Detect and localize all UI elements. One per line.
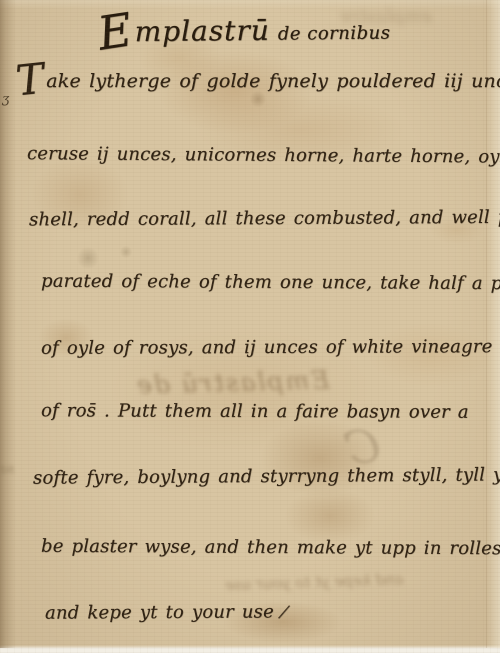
scan-edge-bottom — [0, 648, 500, 653]
line-text: of oyle of rosys, and ij unces of white … — [41, 336, 493, 359]
margin-mark: ʒ — [2, 92, 9, 107]
manuscript-line: of oyle of rosys, and ij unces of white … — [41, 336, 493, 359]
line-text: parated of eche of them one unce, take h… — [41, 271, 500, 295]
bleedthrough-text: and kepe yt to your use — [225, 570, 404, 594]
manuscript-line: parated of eche of them one unce, take h… — [41, 271, 500, 295]
line-text: of ros̄ . Putt them all in a faire basyn… — [41, 400, 469, 422]
manuscript-line: softe fyre, boylyng and styrryng them st… — [33, 464, 500, 488]
line-text: and kepe yt to your use — [45, 601, 274, 623]
manuscript-line: ceruse ij unces, unicornes horne, harte … — [27, 143, 500, 168]
title-drop-cap: E — [98, 29, 132, 34]
title-qualifier: de cornibus — [278, 22, 391, 44]
bleedthrough-text: Emplastrū de — [135, 365, 330, 399]
drop-cap: T — [16, 79, 44, 82]
line-text: softe fyre, boylyng and styrryng them st… — [33, 464, 500, 488]
manuscript-line: of ros̄ . Putt them all in a faire basyn… — [41, 400, 469, 422]
line-text: ceruse ij unces, unicornes horne, harte … — [27, 143, 500, 168]
manuscript-line: and kepe yt to your use/ — [45, 601, 285, 623]
line-continuation-mark: / — [279, 601, 288, 622]
line-text: be plaster wyse, and then make yt upp in… — [41, 536, 500, 559]
manuscript-line: shell, redd corall, all these combusted,… — [29, 207, 500, 231]
manuscript-page: Emplastrū de and kepe yt to your use emp… — [0, 0, 500, 653]
line-text: shell, redd corall, all these combusted,… — [29, 207, 500, 231]
title-word: mplastrū — [134, 14, 270, 48]
manuscript-line: Take lytherge of golde fynely pouldered … — [16, 70, 500, 92]
recipe-title: Emplastrūde cornibus — [98, 12, 391, 48]
manuscript-line: be plaster wyse, and then make yt upp in… — [41, 536, 500, 559]
line-text: ake lytherge of golde fynely pouldered i… — [46, 70, 500, 92]
